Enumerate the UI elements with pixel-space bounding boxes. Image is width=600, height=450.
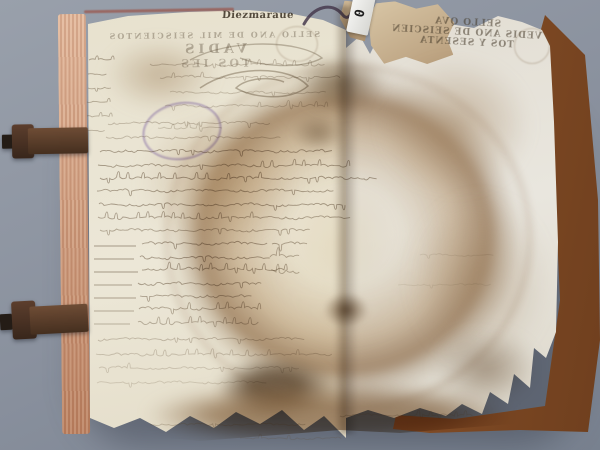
water-stain-layer (0, 0, 600, 450)
gutter-fold-shadow (334, 6, 358, 434)
water-stain (90, 30, 230, 120)
clasp-hook (0, 314, 12, 331)
clasp-strap (29, 304, 88, 335)
clasp-strap (28, 127, 88, 154)
photo-of-open-manuscript-book: Diezmaraue SELLO ANO DE MIL SEISCIENTOS … (0, 0, 600, 450)
tag-digit: 0 (350, 7, 366, 18)
metal-clasp-bottom (0, 296, 89, 345)
metal-clasp-top (2, 123, 89, 160)
